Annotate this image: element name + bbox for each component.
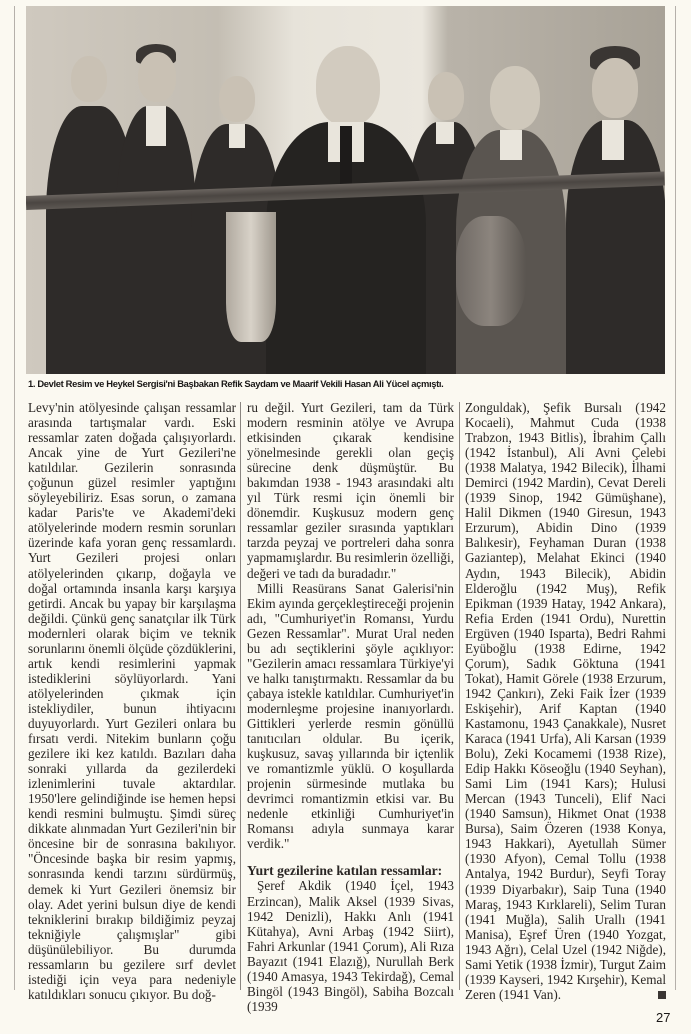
painters-list-heading: Yurt gezilerine katılan ressamlar: bbox=[247, 863, 454, 878]
column-2-para-1: ru değil. Yurt Gezileri, tam da Türk mod… bbox=[247, 400, 454, 581]
article-column-2: ru değil. Yurt Gezileri, tam da Türk mod… bbox=[247, 400, 454, 1014]
page-number: 27 bbox=[656, 1010, 670, 1025]
person-central bbox=[266, 46, 426, 374]
column-divider-1 bbox=[240, 402, 241, 990]
hat-held bbox=[456, 216, 526, 326]
article-column-1: Levy'nin atölyesinde çalışan ressamlar a… bbox=[28, 400, 236, 1002]
column-divider-3 bbox=[675, 6, 676, 990]
article-column-3: Zonguldak), Şefik Bursalı (1942 Kocaeli)… bbox=[465, 400, 666, 1002]
ribbon-drape bbox=[226, 212, 276, 342]
column-divider-2 bbox=[459, 402, 460, 990]
figure-photo bbox=[26, 6, 665, 374]
left-margin-rule bbox=[14, 6, 15, 990]
person-right-2 bbox=[566, 46, 665, 374]
column-3-text-content: Zonguldak), Şefik Bursalı (1942 Kocaeli)… bbox=[465, 400, 666, 1002]
end-of-article-mark-icon bbox=[658, 991, 666, 999]
figure-caption: 1. Devlet Resim ve Heykel Sergisi'ni Baş… bbox=[28, 378, 668, 389]
column-3-text: Zonguldak), Şefik Bursalı (1942 Kocaeli)… bbox=[465, 400, 666, 1002]
column-2-para-3: Şeref Akdik (1940 İçel, 1943 Erzincan), … bbox=[247, 878, 454, 1013]
column-2-para-2: Milli Reasürans Sanat Galerisi'nin Ekim … bbox=[247, 581, 454, 852]
column-1-text: Levy'nin atölyesinde çalışan ressamlar a… bbox=[28, 400, 236, 1002]
